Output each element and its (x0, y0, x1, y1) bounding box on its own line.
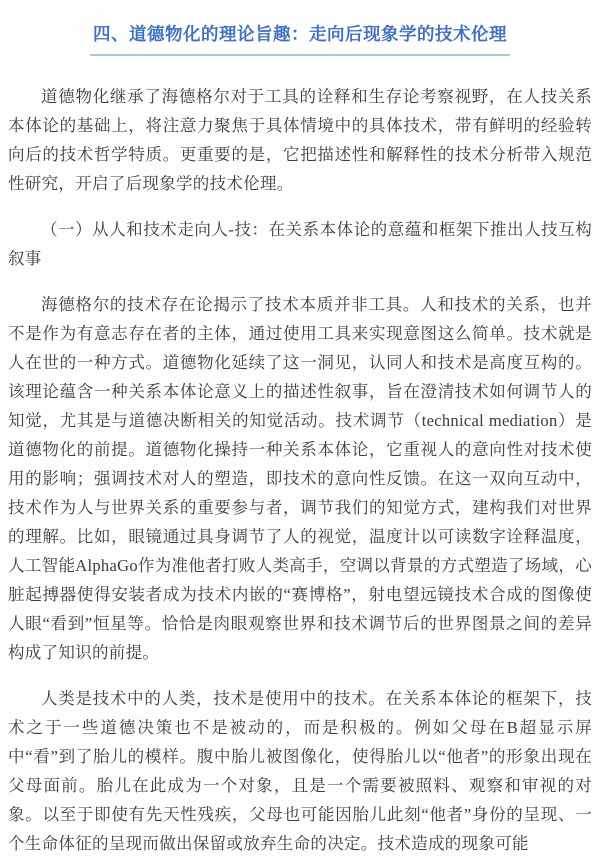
subsection-heading: （一）从人和技术走向人-技：在关系本体论的意蕴和框架下推出人技互构叙事 (8, 215, 592, 273)
paragraph: 道德物化继承了海德格尔对于工具的诠释和生存论考察视野，在人技关系本体论的基础上，… (8, 82, 592, 198)
section-title: 四、道德物化的理论旨趣：走向后现象学的技术伦理 (8, 22, 592, 46)
paragraph: 人类是技术中的人类，技术是使用中的技术。在关系本体论的框架下，技术之于一些道德决… (8, 684, 592, 858)
title-underline-divider (90, 54, 510, 56)
document-body: 道德物化继承了海德格尔对于工具的诠释和生存论考察视野，在人技关系本体论的基础上，… (8, 82, 592, 858)
paragraph: 海德格尔的技术存在论揭示了技术本质并非工具。人和技术的关系，也并不是作为有意志存… (8, 290, 592, 667)
document-page: 四、道德物化的理论旨趣：走向后现象学的技术伦理 道德物化继承了海德格尔对于工具的… (0, 0, 600, 867)
